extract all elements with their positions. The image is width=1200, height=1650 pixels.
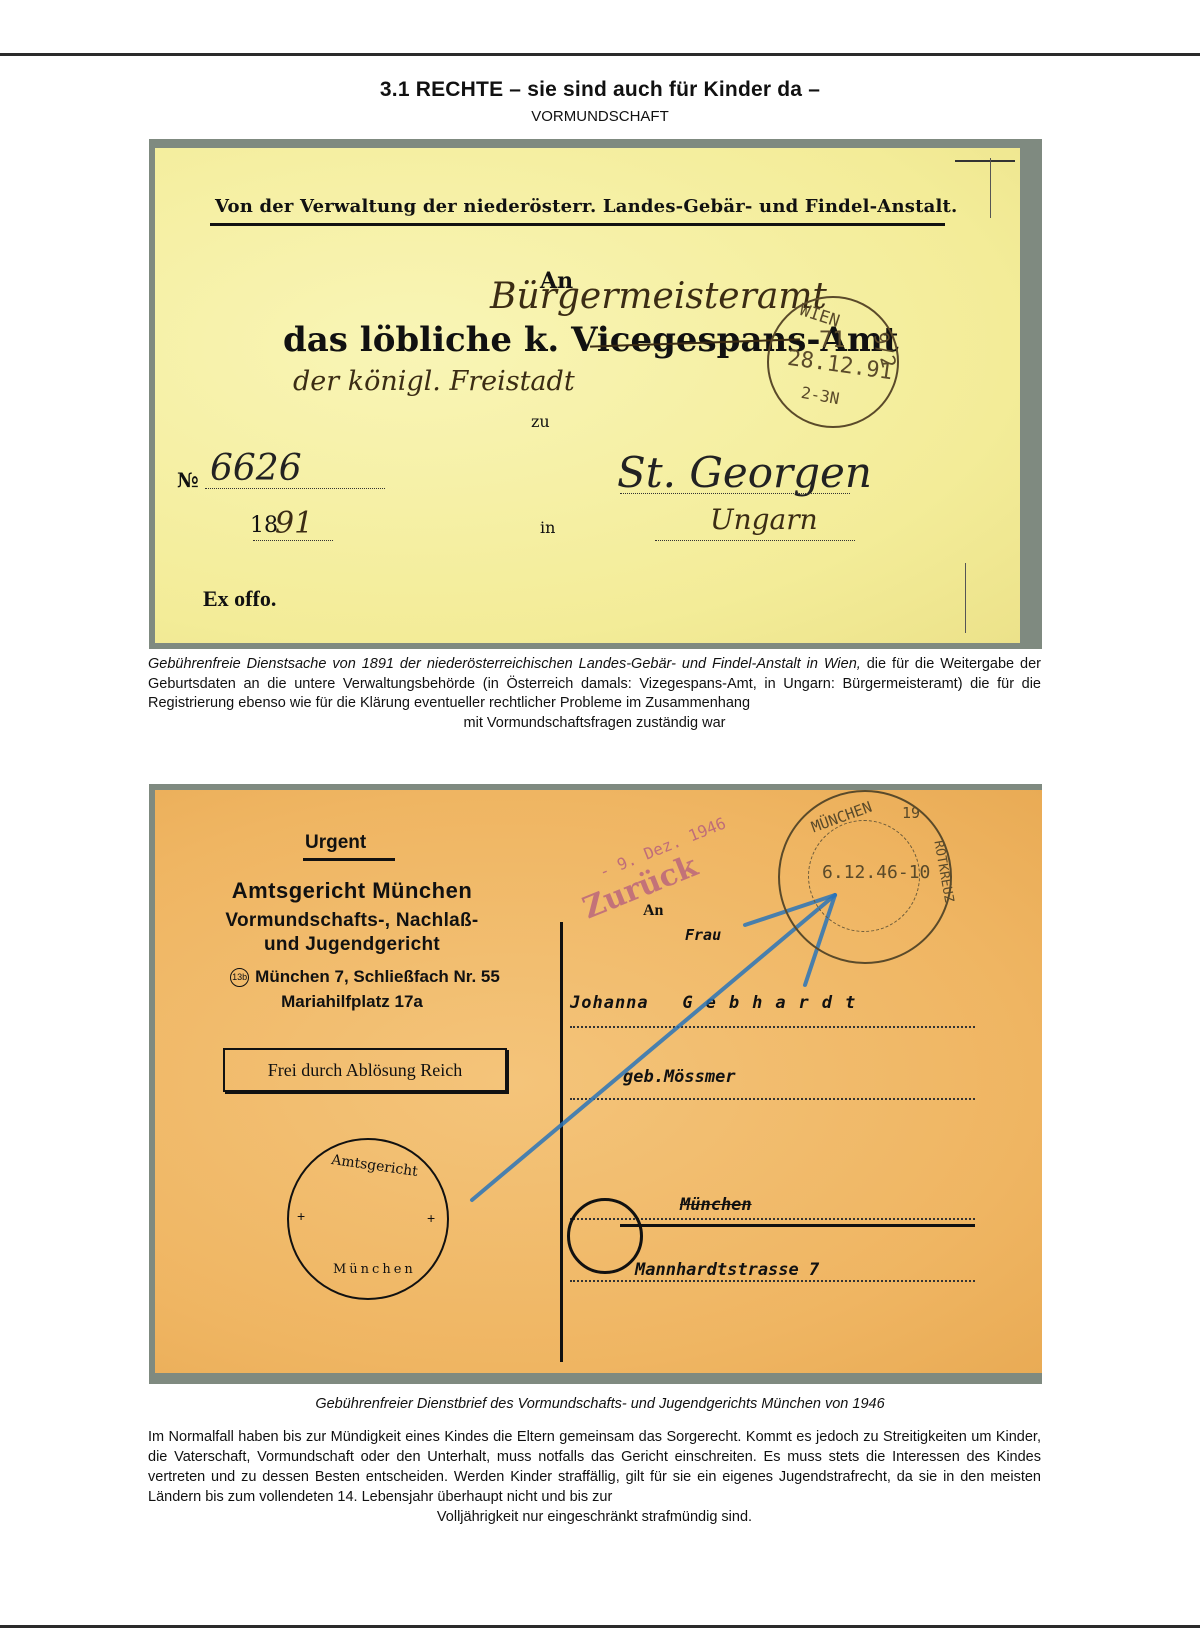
bottom-rule [0,1625,1200,1628]
postmark-number: 19 [902,804,920,822]
body-paragraph-text: Im Normalfall haben bis zur Mündigkeit e… [148,1429,1041,1505]
postmark-date: 6.12.46-10 [822,862,930,883]
body-paragraph-last-line: Volljährigkeit nur eingeschränkt strafmü… [148,1507,1041,1527]
postmark-muenchen: MÜNCHEN 19 6.12.46-10 ROTKREUZ [778,790,952,964]
body-paragraph: Im Normalfall haben bis zur Mündigkeit e… [148,1427,1041,1527]
caption-1946: Gebührenfreier Dienstbrief des Vormundsc… [0,1396,1200,1412]
